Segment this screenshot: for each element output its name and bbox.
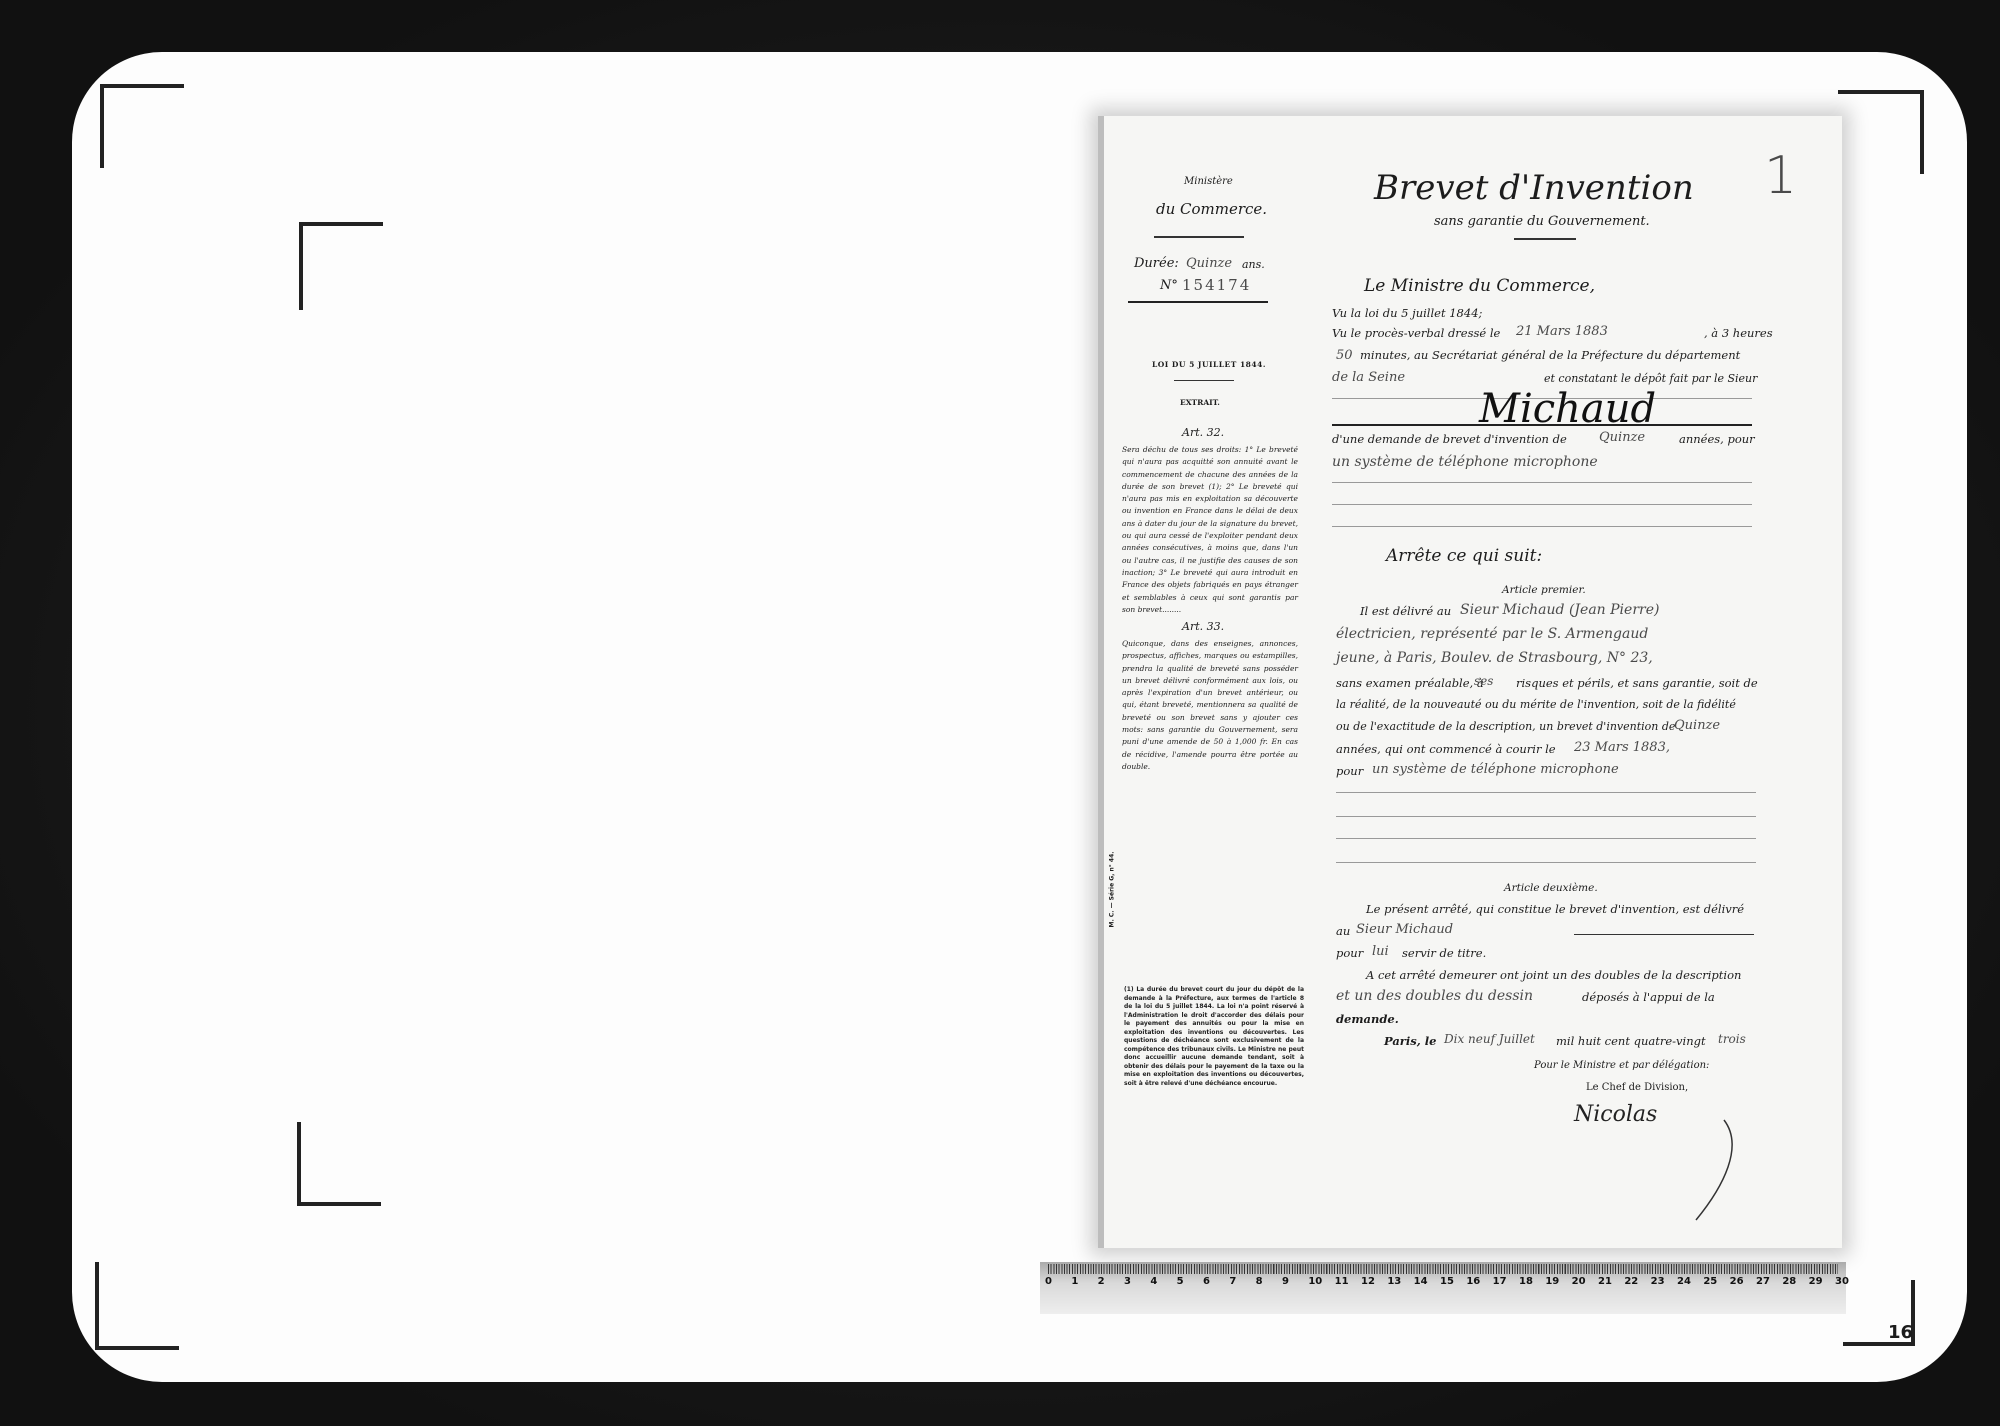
ruler-label: 29 (1809, 1276, 1823, 1287)
number-label: N° (1160, 278, 1178, 293)
article-1-title: Article premier. (1502, 584, 1586, 596)
article-32-text: Sera déchu de tous ses droits: 1° Le bre… (1122, 444, 1298, 616)
text-line: risques et périls, et sans garantie, soi… (1516, 676, 1758, 690)
handwritten-invention: un système de téléphone microphone (1372, 762, 1619, 777)
text-line: minutes, au Secrétariat général de la Pr… (1360, 348, 1740, 362)
handwritten-duration: Quinze (1674, 718, 1720, 733)
article-2-title: Article deuxième. (1504, 882, 1598, 894)
ornament-rule (1154, 236, 1244, 238)
ruler-label: 22 (1624, 1276, 1638, 1287)
ruler-label: 0 (1045, 1276, 1052, 1287)
form-code: M. C. — Série G, n° 44. (1109, 851, 1116, 927)
ruler-label: 12 (1361, 1276, 1375, 1287)
handwritten-attachment: et un des doubles du dessin (1336, 988, 1533, 1004)
ruler-label: 10 (1308, 1276, 1322, 1287)
text-line: pour (1336, 764, 1363, 778)
ruler-label: 7 (1229, 1276, 1236, 1287)
ruler-label: 30 (1835, 1276, 1849, 1287)
handwritten-duration: Quinze (1599, 430, 1645, 445)
ruler-label: 5 (1177, 1276, 1184, 1287)
ruler-label: 25 (1703, 1276, 1717, 1287)
fill-line (1332, 424, 1752, 426)
crop-mark-inner-top-left (299, 222, 383, 310)
law-title: LOI DU 5 JUILLET 1844. (1152, 360, 1266, 369)
ruler-label: 19 (1545, 1276, 1559, 1287)
law-divider (1174, 380, 1234, 381)
crop-mark-bottom-left (95, 1262, 179, 1350)
measurement-ruler: 0123456789101112131415161718192021222324… (1040, 1262, 1846, 1314)
column-divider (1314, 116, 1315, 1248)
footnote: (1) La durée du brevet court du jour du … (1124, 986, 1304, 1088)
fill-line (1336, 838, 1756, 839)
signature-flourish (1684, 1116, 1744, 1226)
text-line: années, pour (1679, 432, 1755, 446)
text-line: années, qui ont commencé à courir le (1336, 742, 1556, 756)
handwritten-start-date: 23 Mars 1883, (1574, 740, 1670, 755)
sheet-number: 1 (1764, 146, 1797, 206)
patent-number: 154174 (1182, 276, 1251, 294)
ruler-label: 26 (1730, 1276, 1744, 1287)
ruler-label: 1 (1071, 1276, 1078, 1287)
document-title: Brevet d'Invention (1374, 168, 1694, 208)
text-line: d'une demande de brevet d'invention de (1332, 432, 1567, 446)
ruler-label: 28 (1782, 1276, 1796, 1287)
delegation-line: Pour le Ministre et par délégation: (1534, 1060, 1709, 1071)
fill-line (1332, 504, 1752, 505)
fill-line (1332, 482, 1752, 483)
ruler-label: 24 (1677, 1276, 1691, 1287)
handwritten-date: 21 Mars 1883 (1516, 324, 1608, 339)
ruler-label: 16 (1466, 1276, 1480, 1287)
handwritten-word: lui (1372, 944, 1389, 959)
ruler-label: 13 (1387, 1276, 1401, 1287)
text-line: déposés à l'appui de la (1582, 990, 1715, 1004)
crop-mark-top-right (1838, 90, 1924, 174)
ruler-label: 11 (1335, 1276, 1349, 1287)
fill-line (1336, 816, 1756, 817)
text-line: demande. (1336, 1012, 1399, 1026)
text-line: au (1336, 924, 1350, 938)
ruler-label: 14 (1414, 1276, 1428, 1287)
handwritten-year: trois (1718, 1032, 1746, 1046)
text-line: Il est délivré au (1360, 604, 1451, 618)
ruler-label: 2 (1098, 1276, 1105, 1287)
handwritten-representative: électricien, représenté par le S. Armeng… (1336, 626, 1648, 642)
decree-heading: Arrête ce qui suit: (1386, 546, 1542, 566)
handwritten-department: de la Seine (1332, 370, 1405, 385)
article-33-title: Art. 33. (1182, 620, 1224, 633)
fill-line (1332, 526, 1752, 527)
minister-heading: Le Ministre du Commerce, (1364, 276, 1595, 296)
ruler-label: 27 (1756, 1276, 1770, 1287)
text-line: la réalité, de la nouveauté ou du mérite… (1336, 698, 1736, 711)
document-subtitle: sans garantie du Gouvernement. (1434, 214, 1650, 229)
ruler-label: 15 (1440, 1276, 1454, 1287)
text-line: Vu le procès-verbal dressé le (1332, 326, 1500, 340)
handwritten-word: ses (1474, 674, 1493, 688)
fill-line (1336, 792, 1756, 793)
ruler-label: 17 (1493, 1276, 1507, 1287)
ruler-label: 3 (1124, 1276, 1131, 1287)
signature: Nicolas (1574, 1102, 1657, 1127)
ministry-label: Ministère (1184, 176, 1233, 187)
fill-line (1336, 862, 1756, 863)
ruler-label: 18 (1519, 1276, 1533, 1287)
text-line: servir de titre. (1402, 946, 1486, 960)
crop-mark-inner-bottom-left (297, 1122, 381, 1206)
article-33-text: Quiconque, dans des enseignes, annonces,… (1122, 638, 1298, 773)
text-line: A cet arrêté demeurer ont joint un des d… (1366, 968, 1741, 982)
text-line: Le présent arrêté, qui constitue le brev… (1366, 902, 1744, 916)
text-line: Paris, le (1384, 1034, 1436, 1048)
article-32-title: Art. 32. (1182, 426, 1224, 439)
archive-number: 16 (1888, 1322, 1913, 1343)
text-line: ou de l'exactitude de la description, un… (1336, 720, 1675, 733)
text-line: et constatant le dépôt fait par le Sieur (1544, 372, 1757, 385)
text-line: mil huit cent quatre-vingt (1556, 1034, 1706, 1048)
duration-value: Quinze (1186, 256, 1232, 271)
extract-title: EXTRAIT. (1180, 398, 1220, 407)
text-line: , à 3 heures (1704, 326, 1773, 340)
duration-label: Durée: (1134, 256, 1179, 271)
title-ornament (1514, 238, 1576, 240)
text-line: sans examen préalable, à (1336, 676, 1484, 690)
handwritten-address: jeune, à Paris, Boulev. de Strasbourg, N… (1336, 650, 1653, 666)
handwritten-issue-date: Dix neuf Juillet (1444, 1032, 1535, 1046)
ruler-label: 20 (1572, 1276, 1586, 1287)
fill-line (1574, 934, 1754, 935)
header-divider (1128, 301, 1268, 303)
duration-unit: ans. (1242, 258, 1265, 271)
ruler-label: 4 (1150, 1276, 1157, 1287)
handwritten-grantee: Sieur Michaud (1356, 922, 1453, 937)
ruler-label: 23 (1651, 1276, 1665, 1287)
ruler-ticks (1048, 1264, 1838, 1274)
ministry-name: du Commerce. (1156, 200, 1267, 218)
handwritten-invention: un système de téléphone microphone (1332, 454, 1598, 470)
handwritten-minutes: 50 (1336, 348, 1353, 363)
text-line: pour (1336, 946, 1363, 960)
ruler-label: 21 (1598, 1276, 1612, 1287)
patent-document: 1 Ministère du Commerce. Durée: Quinze a… (1098, 116, 1842, 1248)
handwritten-grantee: Sieur Michaud (Jean Pierre) (1460, 602, 1659, 618)
ruler-label: 9 (1282, 1276, 1289, 1287)
ruler-label: 8 (1256, 1276, 1263, 1287)
text-line: Vu la loi du 5 juillet 1844; (1332, 306, 1482, 320)
ruler-label: 6 (1203, 1276, 1210, 1287)
crop-mark-top-left (100, 84, 184, 168)
chief-title: Le Chef de Division, (1586, 1082, 1688, 1093)
